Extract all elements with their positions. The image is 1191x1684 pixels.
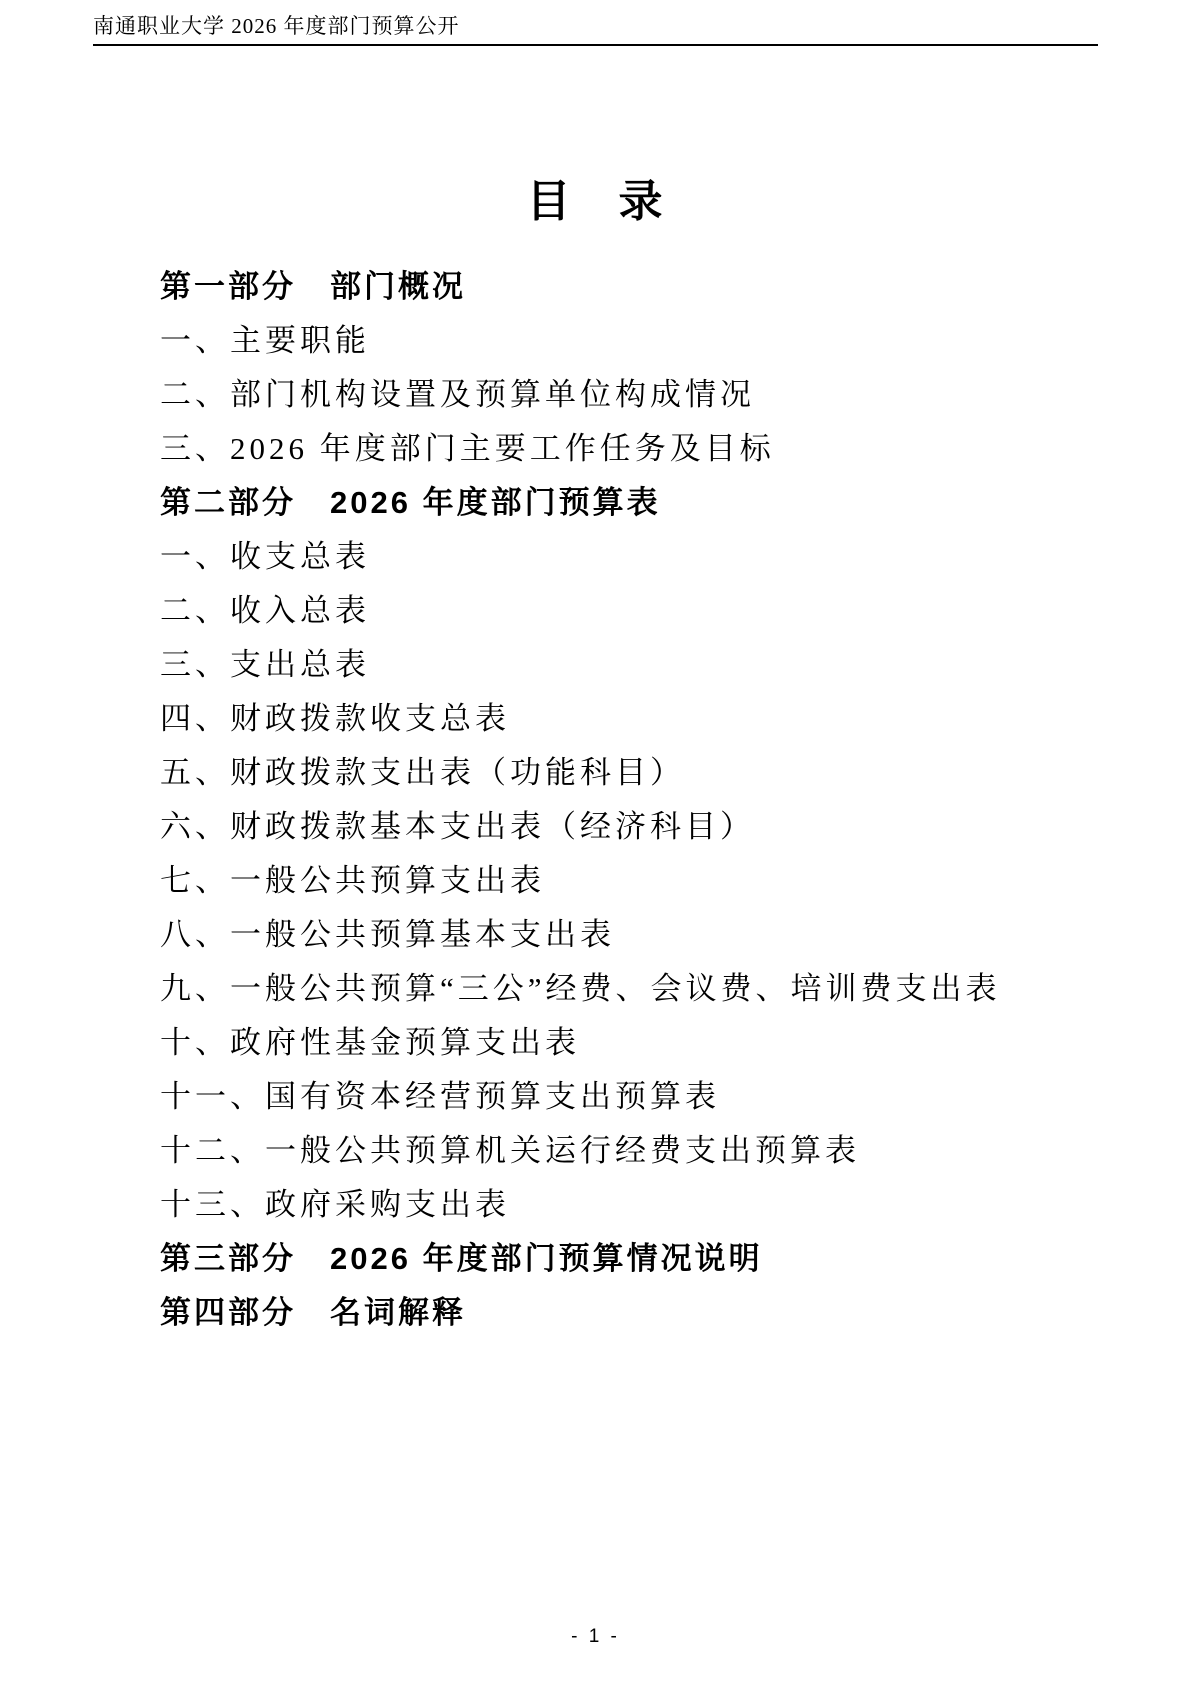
toc-item: 一、收支总表: [160, 530, 1131, 584]
page-header: 南通职业大学 2026 年度部门预算公开: [93, 15, 1098, 46]
toc-item: 一、主要职能: [160, 314, 1131, 368]
toc-item: 十、政府性基金预算支出表: [160, 1016, 1131, 1070]
toc-item: 七、一般公共预算支出表: [160, 854, 1131, 908]
toc-title: 目 录: [0, 178, 1191, 226]
toc-item: 三、2026 年度部门主要工作任务及目标: [160, 422, 1131, 476]
toc-item: 五、财政拨款支出表（功能科目）: [160, 746, 1131, 800]
page-number: - 1 -: [0, 1626, 1191, 1648]
toc-item: 九、一般公共预算“三公”经费、会议费、培训费支出表: [160, 962, 1131, 1016]
document-page: 南通职业大学 2026 年度部门预算公开 目 录 第一部分 部门概况一、主要职能…: [0, 0, 1191, 1684]
toc-item: 八、一般公共预算基本支出表: [160, 908, 1131, 962]
toc-item: 十二、一般公共预算机关运行经费支出预算表: [160, 1124, 1131, 1178]
toc-part-header: 第二部分 2026 年度部门预算表: [160, 476, 1131, 530]
toc-item: 二、部门机构设置及预算单位构成情况: [160, 368, 1131, 422]
toc-item: 二、收入总表: [160, 584, 1131, 638]
toc-list: 第一部分 部门概况一、主要职能二、部门机构设置及预算单位构成情况三、2026 年…: [160, 260, 1131, 1340]
toc-item: 四、财政拨款收支总表: [160, 692, 1131, 746]
toc-part-header: 第三部分 2026 年度部门预算情况说明: [160, 1232, 1131, 1286]
toc-item: 三、支出总表: [160, 638, 1131, 692]
toc-part-header: 第一部分 部门概况: [160, 260, 1131, 314]
toc-item: 十三、政府采购支出表: [160, 1178, 1131, 1232]
toc-item: 十一、国有资本经营预算支出预算表: [160, 1070, 1131, 1124]
toc-part-header: 第四部分 名词解释: [160, 1286, 1131, 1340]
toc-item: 六、财政拨款基本支出表（经济科目）: [160, 800, 1131, 854]
